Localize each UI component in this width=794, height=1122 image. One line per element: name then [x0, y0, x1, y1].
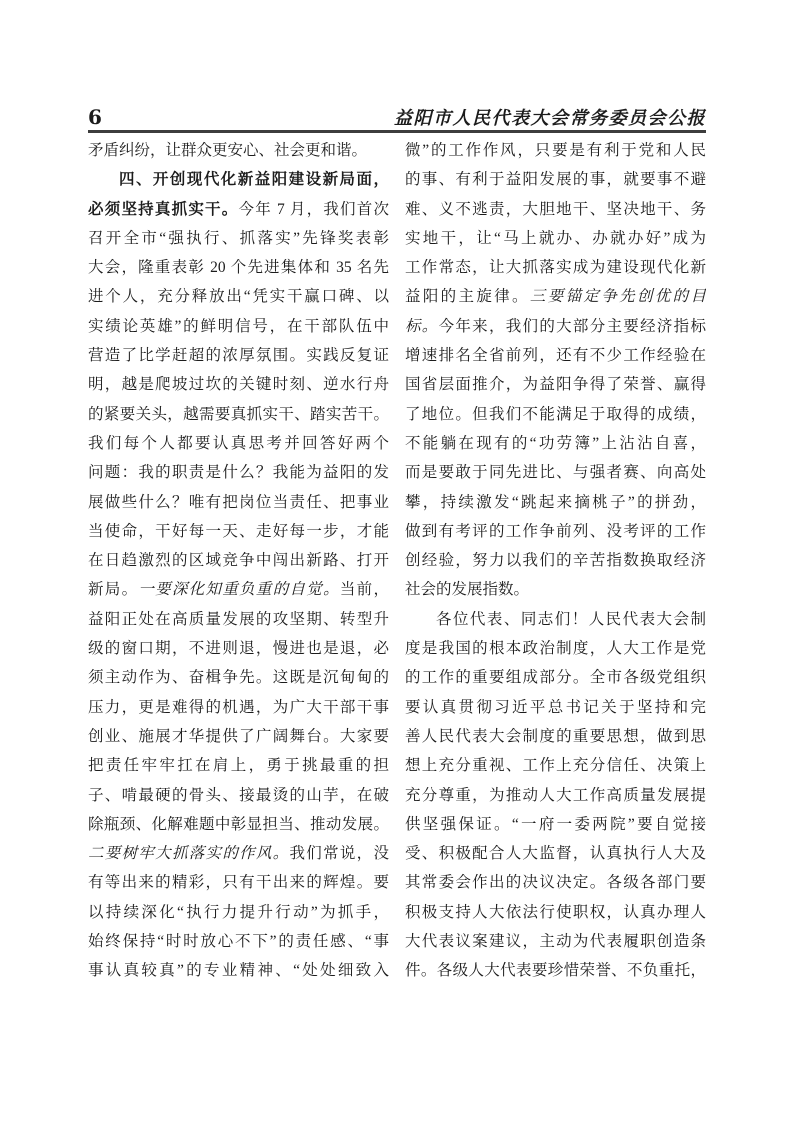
- text-line: 受、积极配合人大监督，认真执行人大及: [405, 839, 706, 868]
- text-segment-normal: 了地位。但我们不能满足于取得的成绩，: [405, 406, 706, 423]
- text-line: 我们每个人都要认真思考并回答好两个: [88, 429, 389, 458]
- text-segment-normal: 矛盾纠纷，让群众更安心、社会更和谐。: [88, 142, 367, 159]
- document-page: 6 益阳市人民代表大会常务委员会公报 矛盾纠纷，让群众更安心、社会更和谐。四、开…: [0, 0, 794, 1122]
- text-line: 召开全市“强执行、抓落实”先锋奖表彰: [88, 224, 389, 253]
- text-segment-normal: 有等出来的精彩，只有干出来的辉煌。要: [88, 874, 389, 891]
- page-header: 6 益阳市人民代表大会常务委员会公报: [88, 106, 706, 130]
- text-line: 国省层面推介，为益阳争得了荣誉、赢得: [405, 370, 706, 399]
- text-line: 想上充分重视、工作上充分信任、决策上: [405, 751, 706, 780]
- text-line: 创业、施展才华提供了广阔舞台。大家要: [88, 722, 389, 751]
- text-line: 要认真贯彻习近平总书记关于坚持和完: [405, 693, 706, 722]
- text-segment-normal: 难、义不逃责，大胆地干、坚决地干、务: [405, 201, 706, 218]
- text-line: 级的窗口期，不进则退，慢进也是退，必: [88, 634, 389, 663]
- text-segment-normal: 创业、施展才华提供了广阔舞台。大家要: [88, 728, 389, 745]
- text-line: 的工作的重要组成部分。全市各级党组织: [405, 663, 706, 692]
- text-segment-normal: 积极支持人大依法行使职权，认真办理人: [405, 904, 706, 921]
- text-segment-normal: 的紧要关头，越需要真抓实干、踏实苦干。: [88, 406, 389, 423]
- text-line: 问题：我的职责是什么？我能为益阳的发: [88, 458, 389, 487]
- text-segment-kai: 标。: [405, 318, 439, 335]
- text-line: 度是我国的根本政治制度，人大工作是党: [405, 634, 706, 663]
- text-line: 除瓶颈、化解难题中彰显担当、推动发展。: [88, 810, 389, 839]
- text-line: 必须坚持真抓实干。今年 7 月，我们首次: [88, 195, 389, 224]
- text-segment-normal: 新局。: [88, 581, 138, 598]
- text-segment-normal: 压力，更是难得的机遇，为广大干部干事: [88, 699, 389, 716]
- text-line: 的事、有利于益阳发展的事，就要事不避: [405, 165, 706, 194]
- text-segment-normal: 其常委会作出的决议决定。各级各部门要: [405, 874, 706, 891]
- text-segment-normal: 实地干，让“马上就办、办就办好”成为: [405, 230, 706, 247]
- text-segment-normal: 当使命，干好每一天、走好每一步，才能: [88, 523, 389, 540]
- text-segment-normal: 须主动作为、奋楫争先。这既是沉甸甸的: [88, 669, 389, 686]
- text-segment-normal: 召开全市“强执行、抓落实”先锋奖表彰: [88, 230, 389, 247]
- text-segment-normal: 今年 7 月，我们首次: [239, 201, 390, 218]
- text-segment-normal: 始终保持“时时放心不下”的责任感、“事: [88, 933, 389, 950]
- text-segment-normal: 今年来，我们的大部分主要经济指标: [439, 318, 706, 335]
- text-line: 新局。一要深化知重负重的自觉。当前，: [88, 575, 389, 604]
- text-line: 益阳正处在高质量发展的攻坚期、转型升: [88, 605, 389, 634]
- text-line: 的紧要关头，越需要真抓实干、踏实苦干。: [88, 400, 389, 429]
- text-line: 社会的发展指数。: [405, 575, 706, 604]
- right-column: 微”的工作作风，只要是有利于党和人民的事、有利于益阳发展的事，就要事不避难、义不…: [405, 136, 706, 986]
- text-line: 供坚强保证。“一府一委两院”要自觉接: [405, 810, 706, 839]
- text-segment-normal: 供坚强保证。“一府一委两院”要自觉接: [405, 816, 706, 833]
- text-segment-normal: 想上充分重视、工作上充分信任、决策上: [405, 757, 706, 774]
- text-segment-normal: 以持续深化“执行力提升行动”为抓手，: [88, 904, 389, 921]
- text-line: 创经验，努力以我们的辛苦指数换取经济: [405, 546, 706, 575]
- text-segment-normal: 件。各级人大代表要珍惜荣誉、不负重托，: [405, 962, 706, 979]
- text-segment-normal: 不能躺在现有的“功劳簿”上沾沾自喜，: [405, 435, 706, 452]
- text-line: 不能躺在现有的“功劳簿”上沾沾自喜，: [405, 429, 706, 458]
- text-line: 各位代表、同志们！人民代表大会制: [405, 605, 706, 634]
- text-line: 攀，持续激发“跳起来摘桃子”的拼劲，: [405, 488, 706, 517]
- text-segment-normal: 我们常说，没: [290, 845, 389, 862]
- text-line: 明，越是爬坡过坎的关键时刻、逆水行舟: [88, 370, 389, 399]
- text-line: 以持续深化“执行力提升行动”为抓手，: [88, 898, 389, 927]
- text-line: 件。各级人大代表要珍惜荣誉、不负重托，: [405, 956, 706, 985]
- text-segment-normal: 充分尊重，为推动人大工作高质量发展提: [405, 787, 706, 804]
- text-line: 做到有考评的工作争前列、没考评的工作: [405, 517, 706, 546]
- text-line: 在日趋激烈的区域竞争中闯出新路、打开: [88, 546, 389, 575]
- text-line: 充分尊重，为推动人大工作高质量发展提: [405, 781, 706, 810]
- text-segment-normal: 工作常态，让大抓落实成为建设现代化新: [405, 259, 706, 276]
- text-segment-normal: 明，越是爬坡过坎的关键时刻、逆水行舟: [88, 376, 389, 393]
- text-segment-normal: 在日趋激烈的区域竞争中闯出新路、打开: [88, 552, 389, 569]
- text-segment-normal: 而是要敢于同先进比、与强者赛、向高处: [405, 464, 706, 481]
- text-line: 工作常态，让大抓落实成为建设现代化新: [405, 253, 706, 282]
- text-segment-normal: 的工作的重要组成部分。全市各级党组织: [405, 669, 706, 686]
- text-line: 积极支持人大依法行使职权，认真办理人: [405, 898, 706, 927]
- text-segment-normal: 当前，: [340, 581, 389, 598]
- text-line: 而是要敢于同先进比、与强者赛、向高处: [405, 458, 706, 487]
- text-line: 把责任牢牢扛在肩上，勇于挑最重的担: [88, 751, 389, 780]
- text-line: 展做些什么？唯有把岗位当责任、把事业: [88, 488, 389, 517]
- text-line: 矛盾纠纷，让群众更安心、社会更和谐。: [88, 136, 389, 165]
- text-segment-normal: 益阳正处在高质量发展的攻坚期、转型升: [88, 611, 389, 628]
- text-segment-normal: 事认真较真”的专业精神、“处处细致入: [88, 962, 389, 979]
- text-line: 实地干，让“马上就办、办就办好”成为: [405, 224, 706, 253]
- text-line: 大代表议案建议，主动为代表履职创造条: [405, 927, 706, 956]
- text-line: 了地位。但我们不能满足于取得的成绩，: [405, 400, 706, 429]
- text-segment-normal: 实绩论英雄”的鲜明信号，在干部队伍中: [88, 318, 389, 335]
- text-line: 进个人，充分释放出“凭实干赢口碑、以: [88, 282, 389, 311]
- text-segment-normal: 大会，隆重表彰 20 个先进集体和 35 名先: [88, 259, 389, 276]
- text-segment-normal: 做到有考评的工作争前列、没考评的工作: [405, 523, 706, 540]
- text-segment-normal: 创经验，努力以我们的辛苦指数换取经济: [405, 552, 706, 569]
- text-segment-bold: 四、开创现代化新益阳建设新局面，: [119, 171, 389, 188]
- left-column: 矛盾纠纷，让群众更安心、社会更和谐。四、开创现代化新益阳建设新局面，必须坚持真抓…: [88, 136, 389, 986]
- text-segment-normal: 益阳的主旋律。: [405, 288, 530, 305]
- text-segment-normal: 展做些什么？唯有把岗位当责任、把事业: [88, 494, 389, 511]
- text-segment-normal: 问题：我的职责是什么？我能为益阳的发: [88, 464, 389, 481]
- text-line: 压力，更是难得的机遇，为广大干部干事: [88, 693, 389, 722]
- text-line: 须主动作为、奋楫争先。这既是沉甸甸的: [88, 663, 389, 692]
- text-line: 其常委会作出的决议决定。各级各部门要: [405, 868, 706, 897]
- text-line: 实绩论英雄”的鲜明信号，在干部队伍中: [88, 312, 389, 341]
- text-segment-normal: 善人民代表大会制度的重要思想，做到思: [405, 728, 706, 745]
- text-segment-normal: 受、积极配合人大监督，认真执行人大及: [405, 845, 706, 862]
- text-line: 子、啃最硬的骨头、接最烫的山芋，在破: [88, 781, 389, 810]
- text-segment-kai: 二要树牢大抓落实的作风。: [88, 845, 290, 862]
- text-line: 始终保持“时时放心不下”的责任感、“事: [88, 927, 389, 956]
- text-segment-normal: 我们每个人都要认真思考并回答好两个: [88, 435, 389, 452]
- text-segment-normal: 国省层面推介，为益阳争得了荣誉、赢得: [405, 376, 706, 393]
- text-segment-normal: 社会的发展指数。: [405, 581, 529, 598]
- text-line: 当使命，干好每一天、走好每一步，才能: [88, 517, 389, 546]
- text-segment-normal: 各位代表、同志们！人民代表大会制: [436, 611, 706, 628]
- text-segment-normal: 的事、有利于益阳发展的事，就要事不避: [405, 171, 706, 188]
- text-line: 营造了比学赶超的浓厚氛围。实践反复证: [88, 341, 389, 370]
- text-line: 有等出来的精彩，只有干出来的辉煌。要: [88, 868, 389, 897]
- text-segment-normal: 大代表议案建议，主动为代表履职创造条: [405, 933, 706, 950]
- text-line: 增速排名全省前列，还有不少工作经验在: [405, 341, 706, 370]
- text-line: 微”的工作作风，只要是有利于党和人民: [405, 136, 706, 165]
- text-segment-normal: 除瓶颈、化解难题中彰显担当、推动发展。: [88, 816, 389, 833]
- text-segment-bold: 必须坚持真抓实干。: [88, 201, 239, 218]
- text-line: 二要树牢大抓落实的作风。我们常说，没: [88, 839, 389, 868]
- text-line: 难、义不逃责，大胆地干、坚决地干、务: [405, 195, 706, 224]
- text-segment-normal: 度是我国的根本政治制度，人大工作是党: [405, 640, 706, 657]
- text-line: 善人民代表大会制度的重要思想，做到思: [405, 722, 706, 751]
- text-segment-normal: 攀，持续激发“跳起来摘桃子”的拼劲，: [405, 494, 706, 511]
- text-segment-normal: 微”的工作作风，只要是有利于党和人民: [405, 142, 706, 159]
- text-segment-normal: 营造了比学赶超的浓厚氛围。实践反复证: [88, 347, 389, 364]
- text-line: 大会，隆重表彰 20 个先进集体和 35 名先: [88, 253, 389, 282]
- text-segment-normal: 要认真贯彻习近平总书记关于坚持和完: [405, 699, 706, 716]
- text-line: 四、开创现代化新益阳建设新局面，: [88, 165, 389, 194]
- text-segment-normal: 级的窗口期，不进则退，慢进也是退，必: [88, 640, 389, 657]
- page-number: 6: [88, 106, 102, 128]
- text-segment-kai: 一要深化知重负重的自觉。: [138, 581, 340, 598]
- header-title: 益阳市人民代表大会常务委员会公报: [394, 107, 706, 129]
- text-segment-kai: 三要锚定争先创优的目: [530, 288, 706, 305]
- text-columns: 矛盾纠纷，让群众更安心、社会更和谐。四、开创现代化新益阳建设新局面，必须坚持真抓…: [88, 136, 706, 986]
- text-line: 事认真较真”的专业精神、“处处细致入: [88, 956, 389, 985]
- text-segment-normal: 进个人，充分释放出“凭实干赢口碑、以: [88, 288, 389, 305]
- text-line: 益阳的主旋律。三要锚定争先创优的目: [405, 282, 706, 311]
- header-rule: [88, 130, 706, 133]
- text-line: 标。今年来，我们的大部分主要经济指标: [405, 312, 706, 341]
- text-segment-normal: 把责任牢牢扛在肩上，勇于挑最重的担: [88, 757, 389, 774]
- text-segment-normal: 增速排名全省前列，还有不少工作经验在: [405, 347, 706, 364]
- text-segment-normal: 子、啃最硬的骨头、接最烫的山芋，在破: [88, 787, 389, 804]
